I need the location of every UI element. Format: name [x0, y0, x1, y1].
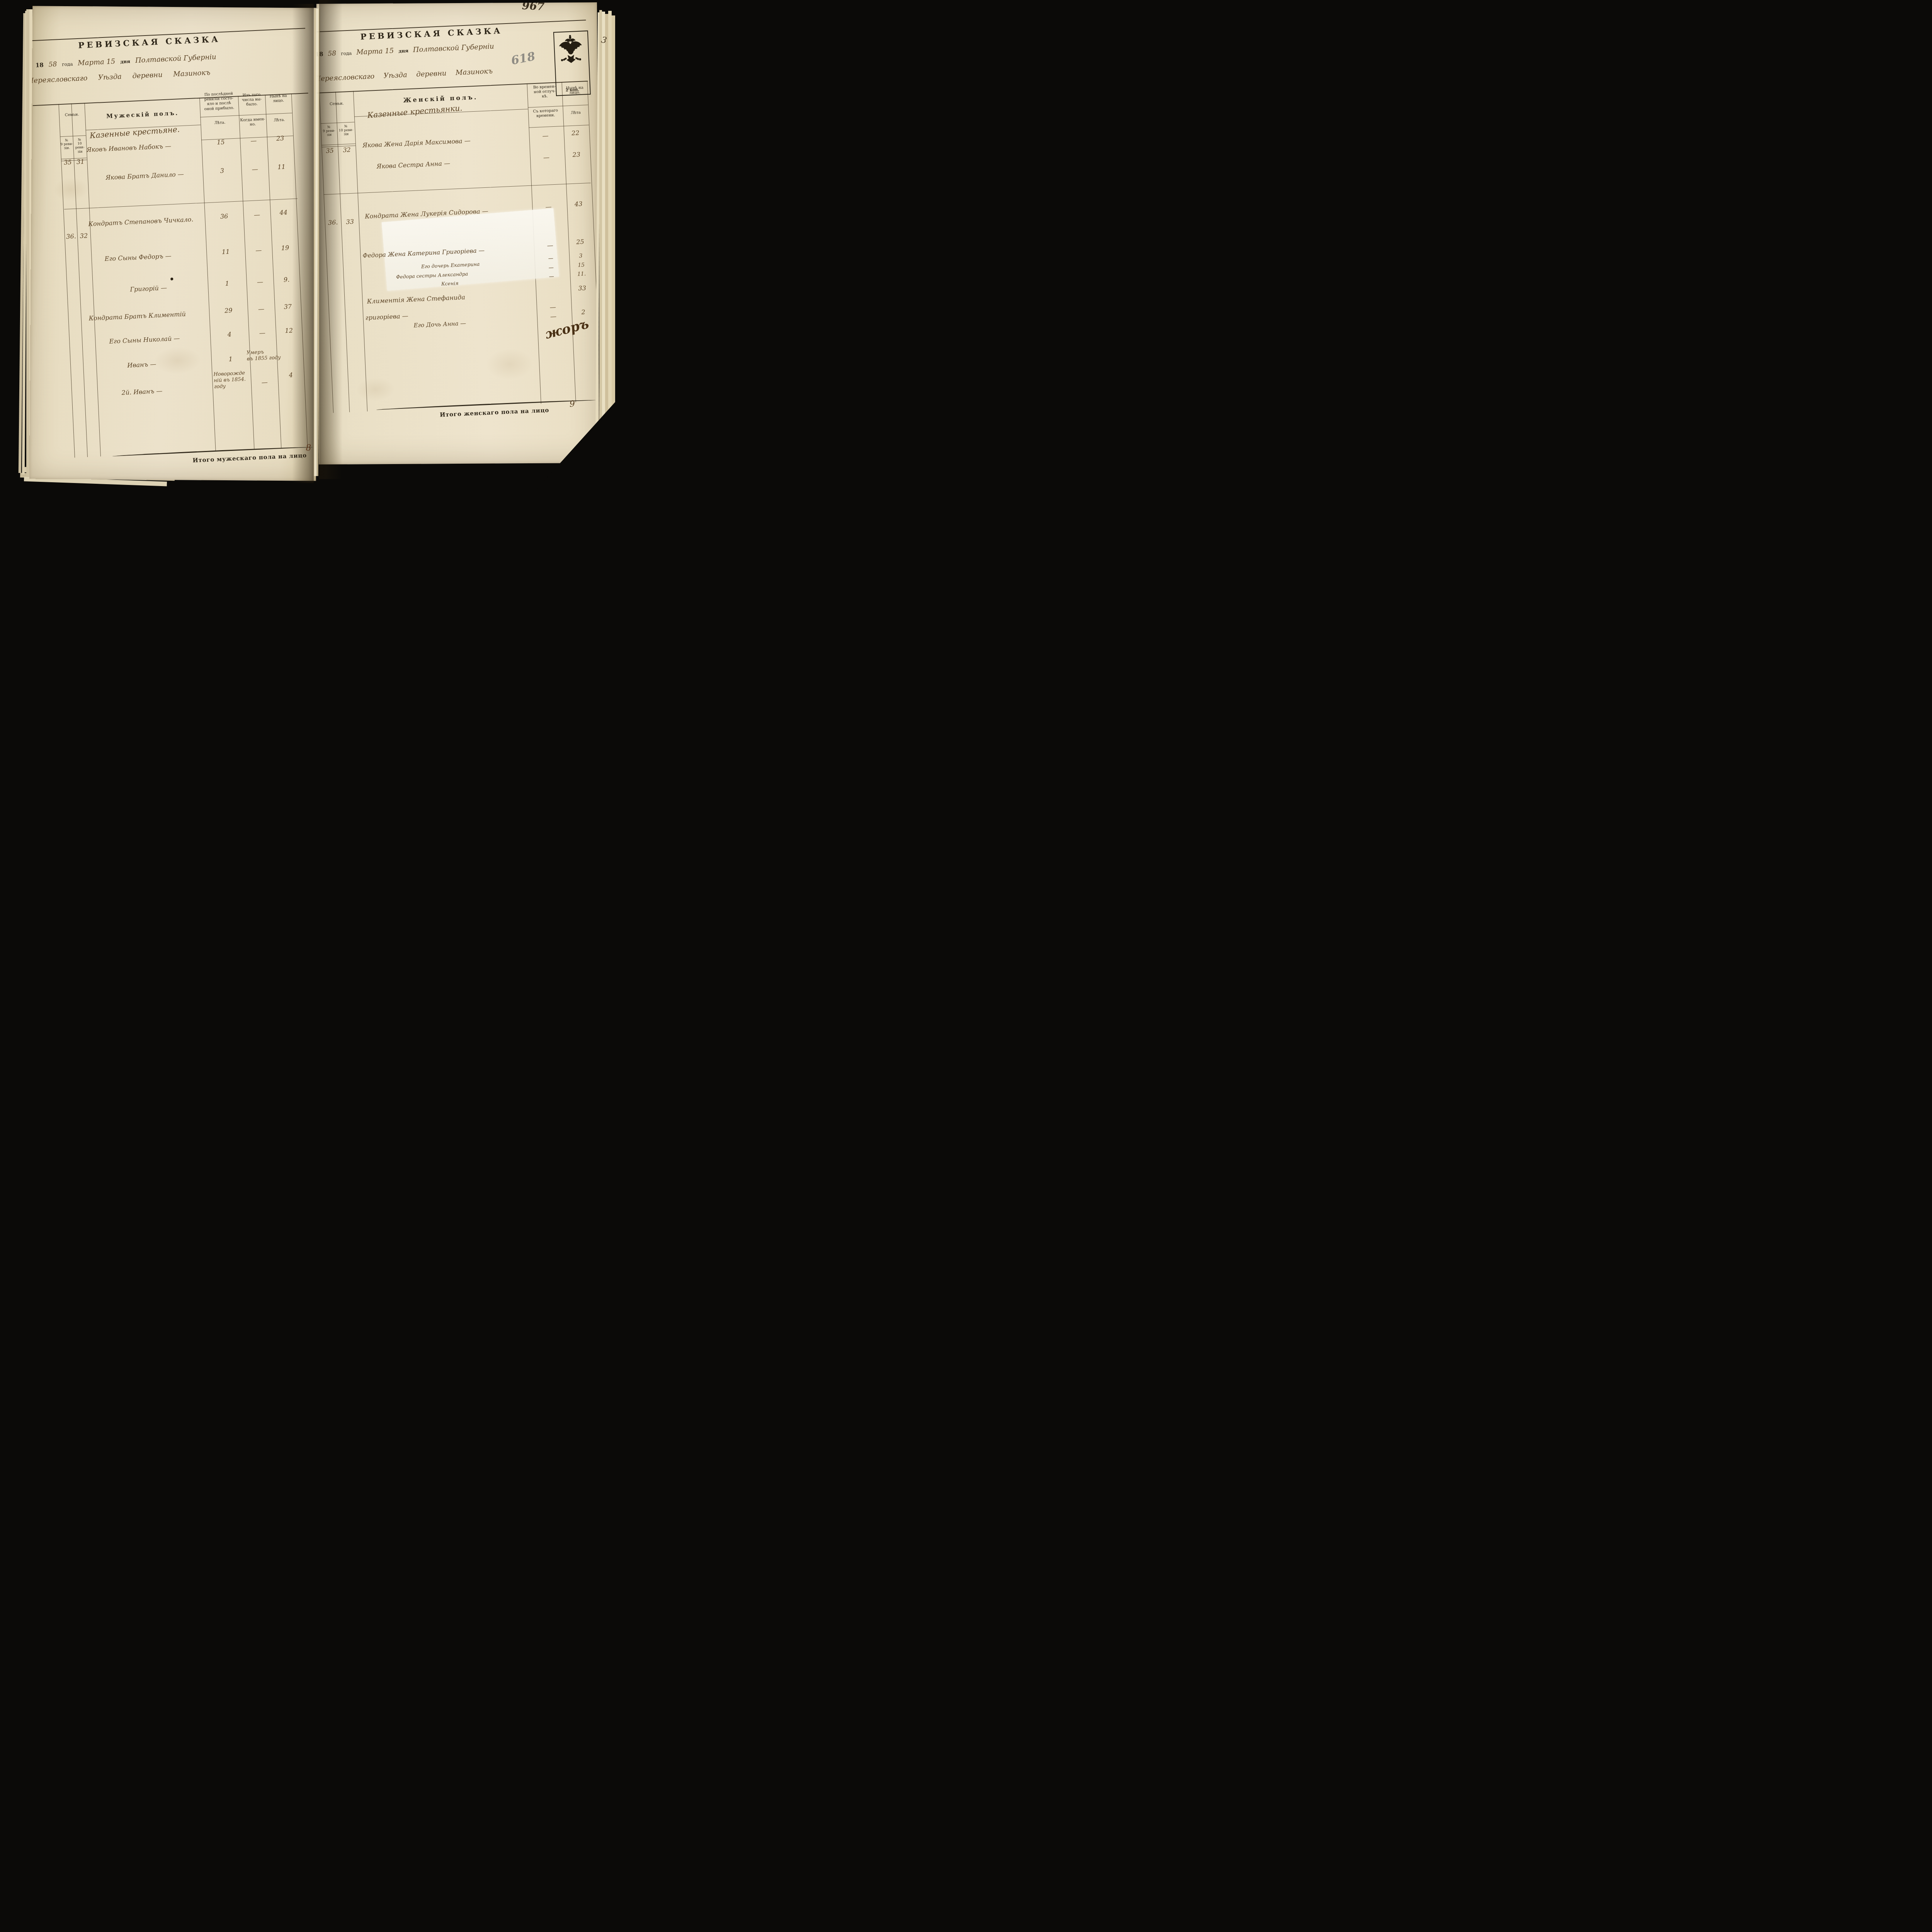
page-edge: [605, 14, 608, 430]
female-sex-header: Женскій полъ.: [354, 91, 527, 106]
stain: [153, 346, 201, 375]
departed-col-header: Изъ того числа вы- было.: [239, 92, 265, 108]
away-sub-header: Съ котораго времени.: [528, 108, 563, 119]
male-row-7-lastrev: 4: [222, 330, 238, 338]
female-row-7-name: Ксенія: [441, 280, 459, 287]
male-row-9-present: 4: [282, 371, 299, 379]
male-row-5-present: 9.: [278, 276, 295, 284]
male-row-2-lastrev: 3: [214, 167, 230, 175]
female-row-6-age: 15: [572, 262, 591, 269]
printed-dnya: дня: [120, 59, 130, 65]
printed-goda: года: [341, 51, 352, 56]
year-handwritten: 58: [328, 49, 336, 58]
present-sub-header: Лѣта: [563, 110, 588, 116]
male-row-7-departed: —: [255, 329, 269, 337]
rev10-col-header: № 10 реви- зіи: [337, 124, 355, 137]
family-col-header: Семьи.: [59, 112, 85, 117]
page-edge: [608, 11, 612, 431]
male-total-value: 8: [306, 443, 311, 453]
male-row-3-departed: —: [250, 211, 264, 219]
male-row-4-departed: —: [252, 246, 265, 254]
rev10-col-header: № 10 реви- зіи: [73, 138, 87, 154]
pencil-number: 618: [510, 49, 536, 68]
female-row-3-rev10: 33: [342, 218, 357, 226]
female-row-7-away: —: [544, 274, 560, 280]
male-row-7-name: Его Сыны Николай —: [109, 335, 180, 345]
section-note-males: Казенные крестьяне.: [89, 124, 180, 140]
page-edge: [599, 10, 602, 434]
left-date-line: 18 58 года Марта 15 дня Полтавской Губер…: [35, 53, 216, 69]
male-row-8-lastrev: 1: [223, 355, 238, 363]
section-note-females: Казенные крестьянки.: [367, 103, 463, 120]
female-row-3-rev9: 36.: [326, 218, 340, 226]
male-row-5-lastrev: 1: [219, 279, 235, 287]
column-divider: [291, 94, 308, 447]
family-divider: [324, 183, 591, 195]
right-sheet: 967 РЕВИЗСКАЯ СКАЗКА: [316, 2, 599, 464]
female-row-5-away: —: [543, 255, 559, 262]
male-row-2-present: 11: [273, 163, 290, 171]
male-row-8-name: Иванъ —: [127, 361, 156, 369]
female-row-9-name: григоріева —: [365, 312, 408, 321]
month-day-handwritten: Марта 15: [356, 47, 394, 56]
male-row-6-present: 37: [279, 303, 296, 311]
male-row-3-lastrev: 36: [216, 212, 232, 220]
male-row-4-lastrev: 11: [218, 248, 234, 256]
female-row-6-away: —: [543, 265, 559, 271]
male-row-9-departed: —: [258, 378, 271, 386]
column-divider: [238, 96, 255, 449]
header-rule: [321, 122, 355, 124]
column-divider: [199, 98, 216, 451]
female-row-1-away: —: [537, 132, 553, 140]
male-row-1-rev10: 31: [75, 158, 86, 165]
folio-number: 967: [522, 2, 545, 13]
female-row-5-age: 3: [571, 252, 590, 259]
present-col-header: Нынѣ на лицо.: [266, 94, 291, 104]
female-row-10-away: —: [546, 313, 561, 321]
male-row-3-present: 44: [275, 208, 292, 216]
female-row-2-away: —: [539, 153, 554, 162]
column-divider: [353, 91, 367, 411]
right-page: 967 РЕВИЗСКАЯ СКАЗКА: [316, 2, 599, 464]
male-total-label: Итого мужескаго пола на лицо: [192, 452, 307, 464]
male-row-3-name: Кондратъ Степановъ Чичкало.: [88, 216, 194, 228]
last-revision-col-header: По послѣдней ревизіи состо- яло и послѣ …: [200, 91, 238, 112]
female-row-2-name: Якова Сестра Анна —: [376, 160, 450, 170]
female-row-4-away: —: [542, 241, 558, 250]
female-row-7-age: 11.: [572, 270, 591, 277]
province-handwritten: Полтавской Губерніи: [135, 53, 216, 65]
departed-sub-header: Когда имен- но.: [239, 117, 267, 128]
printed-18: 18: [35, 61, 44, 69]
stain: [53, 177, 89, 202]
male-row-2-departed: —: [248, 165, 262, 173]
male-row-4-present: 19: [277, 244, 294, 252]
male-sex-header: Мужескій полъ.: [85, 109, 201, 121]
column-divider: [319, 92, 333, 413]
number-col-rule: [321, 143, 355, 145]
book-scan: РЕВИЗСКАЯ СКАЗКА 18 58 года Марта 15 дня…: [0, 0, 618, 489]
male-row-6-lastrev: 29: [221, 306, 236, 315]
left-page: РЕВИЗСКАЯ СКАЗКА 18 58 года Марта 15 дня…: [29, 6, 320, 481]
family-divider: [64, 199, 298, 209]
column-divider: [265, 95, 282, 448]
column-divider: [84, 103, 101, 456]
female-row-1-age: 22: [566, 129, 585, 137]
month-day-handwritten: Марта 15: [78, 58, 116, 67]
right-page-title: РЕВИЗСКАЯ СКАЗКА: [348, 25, 515, 42]
rev9-col-header: № 9 реви- зіи: [321, 125, 337, 137]
male-row-1-rev9: 35: [62, 158, 73, 166]
header-rule: [528, 105, 588, 108]
left-page-title: РЕВИЗСКАЯ СКАЗКА: [66, 34, 233, 51]
male-row-5-departed: —: [253, 278, 267, 286]
male-row-1-lastrev: 15: [213, 138, 229, 146]
female-row-8-name: Климентія Жена Стефанида: [367, 293, 465, 305]
male-row-1-departed: —: [247, 137, 260, 145]
female-row-10-age: 2: [574, 308, 593, 316]
male-row-5-name: Григорій —: [130, 284, 167, 293]
printed-dnya: дня: [398, 48, 408, 54]
female-total-label: Итого женскаго пола на лицо: [423, 406, 566, 419]
female-row-1-rev9: 35: [323, 147, 337, 155]
page-edge-stack-right: 3: [597, 10, 618, 440]
last-revision-sub-header: Лѣта.: [201, 120, 239, 126]
imperial-double-headed-eagle-icon: [558, 34, 584, 75]
printed-goda: года: [62, 61, 73, 67]
subheader-rule: [529, 125, 589, 128]
year-handwritten: 58: [48, 60, 57, 68]
column-divider: [71, 104, 88, 457]
female-row-2-age: 23: [567, 150, 586, 158]
male-row-1-present: 23: [272, 134, 289, 142]
away-col-header: Во времен- ной отлуч- кѣ.: [528, 84, 562, 100]
female-row-1-rev10: 32: [339, 146, 354, 154]
stain: [486, 348, 533, 381]
wormhole-dot: [170, 277, 173, 280]
male-row-1-name: Яковъ Ивановъ Набокъ —: [86, 142, 171, 153]
male-row-3-rev10: 32: [78, 232, 90, 240]
male-row-7-present: 12: [280, 327, 298, 335]
page-edge: [602, 12, 605, 433]
stain: [355, 377, 395, 402]
right-date-line: 18 58 года Марта 15 дня Полтавской Губер…: [316, 43, 494, 58]
column-divider: [58, 104, 75, 457]
female-row-3-age: 43: [569, 200, 588, 208]
male-row-6-name: Кондрата Братъ Климентій: [88, 310, 186, 322]
rev9-col-header: № 9 реви- зіи.: [60, 138, 73, 151]
column-divider: [335, 92, 350, 412]
male-row-4-name: Его Сыны Федоръ —: [104, 252, 172, 263]
page-edge: [26, 9, 29, 476]
male-row-8-death-note: Умеръ въ 1855 году: [247, 348, 287, 362]
male-row-3-rev9: 36.: [65, 233, 78, 240]
present-sub-header: Лѣта.: [266, 117, 293, 123]
present-col-header: Нынѣ на лицо.: [563, 85, 587, 96]
male-row-2-name: Якова Братъ Данило —: [105, 170, 184, 181]
male-row-6-departed: —: [255, 305, 268, 313]
female-row-9-away: —: [545, 303, 561, 311]
left-sheet: РЕВИЗСКАЯ СКАЗКА 18 58 года Марта 15 дня…: [29, 6, 320, 481]
province-handwritten: Полтавской Губерніи: [413, 43, 494, 54]
header-rule: [200, 113, 292, 117]
female-row-1-name: Якова Жена Дарія Максимова —: [362, 137, 471, 149]
female-row-10-name: Его Дочь Анна —: [413, 320, 466, 329]
male-row-9-newborn-note: Новорожде ній въ 1854. году: [213, 370, 253, 390]
female-row-8-age: 33: [573, 284, 592, 292]
right-place-line: Переясловскаго Уѣзда деревни Мазинокъ: [316, 65, 547, 83]
page-edge: [612, 15, 615, 427]
female-row-4-age: 25: [571, 238, 590, 246]
male-row-9-name: 2й. Иванъ —: [121, 387, 163, 396]
female-total-value: 9: [569, 399, 575, 409]
family-col-header: Семьи.: [320, 101, 354, 107]
left-place-line: Переясловскаго Уѣзда деревни Мазинокъ: [29, 66, 267, 85]
